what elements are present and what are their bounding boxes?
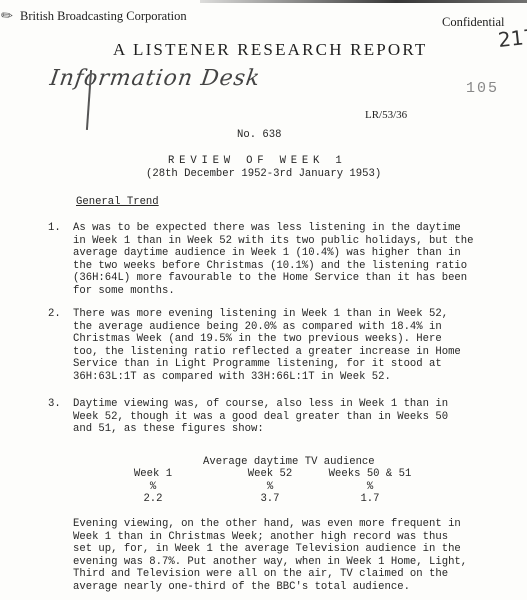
column-label: Week 52 (245, 468, 295, 481)
handwritten-number: 217 (497, 24, 527, 52)
text-line: Evening viewing, on the other hand, was … (73, 518, 513, 531)
table-column-week-52: Week 52 % 3.7 (245, 468, 295, 506)
paragraph-number: 2. (48, 308, 61, 321)
text-line: and 51, as these figures show: (73, 423, 513, 436)
column-unit: % (245, 481, 295, 494)
text-line: set up, for, in Week 1 the average Telev… (73, 543, 513, 556)
review-heading: REVIEW OF WEEK 1 (168, 155, 347, 168)
text-line: Week 1 than in Christmas Week; another h… (73, 531, 513, 544)
text-line: average daytime audience in Week 1 (10.4… (73, 247, 513, 260)
text-line: the average audience being 20.0% as comp… (73, 321, 513, 334)
text-line: As was to be expected there was less lis… (73, 222, 513, 235)
text-line: There was more evening listening in Week… (73, 308, 513, 321)
text-line: the two weeks before Christmas (10.1%) a… (73, 260, 513, 273)
text-line: in Week 1 than in Week 52 with its two p… (73, 235, 513, 248)
section-title: General Trend (76, 196, 159, 209)
text-line: Daytime viewing was, of course, also les… (73, 398, 513, 411)
report-reference: LR/53/36 (365, 109, 407, 121)
column-value: 2.2 (128, 493, 178, 506)
text-line: Third and Television were all on the air… (73, 568, 513, 581)
paragraph-3-continued: Evening viewing, on the other hand, was … (73, 518, 513, 594)
column-unit: % (325, 481, 415, 494)
text-line: Christmas Week (and 19.5% in the two pre… (73, 333, 513, 346)
text-line: (36H:64L) more favourable to the Home Se… (73, 272, 513, 285)
pencil-mark-icon: ✎ (0, 6, 18, 27)
paragraph-2: 2. There was more evening listening in W… (73, 308, 513, 384)
scan-edge-shadow (200, 0, 527, 3)
text-line: average nearly one-third of the BBC's to… (73, 581, 513, 594)
text-line: Week 52, though it was a good deal great… (73, 411, 513, 424)
text-line: evening was 8.7%. Put another way, when … (73, 556, 513, 569)
column-label: Week 1 (128, 468, 178, 481)
text-line: Service than in Light Programme listenin… (73, 358, 513, 371)
table-column-weeks-50-51: Weeks 50 & 51 % 1.7 (325, 468, 415, 506)
handwritten-annotation: Information Desk (48, 66, 262, 91)
classification-label: Confidential (442, 15, 505, 30)
paragraph-3: 3. Daytime viewing was, of course, also … (73, 398, 513, 436)
paragraph-number: 3. (48, 398, 61, 411)
report-number: No. 638 (237, 129, 282, 142)
column-label: Weeks 50 & 51 (325, 468, 415, 481)
text-line: for some months. (73, 285, 513, 298)
table-column-week-1: Week 1 % 2.2 (128, 468, 178, 506)
paragraph-number: 1. (48, 222, 61, 235)
column-value: 3.7 (245, 493, 295, 506)
table-caption: Average daytime TV audience (203, 456, 375, 469)
organisation-name: British Broadcasting Corporation (20, 9, 187, 24)
stamp-number: 105 (466, 80, 499, 97)
column-value: 1.7 (325, 493, 415, 506)
text-line: too, the listening ratio reflected a gre… (73, 346, 513, 359)
report-title: A LISTENER RESEARCH REPORT (113, 40, 428, 60)
text-line: 36H:63L:1T as compared with 33H:66L:1T i… (73, 371, 513, 384)
review-period: (28th December 1952-3rd January 1953) (146, 168, 381, 181)
paragraph-1: 1. As was to be expected there was less … (73, 222, 513, 298)
column-unit: % (128, 481, 178, 494)
